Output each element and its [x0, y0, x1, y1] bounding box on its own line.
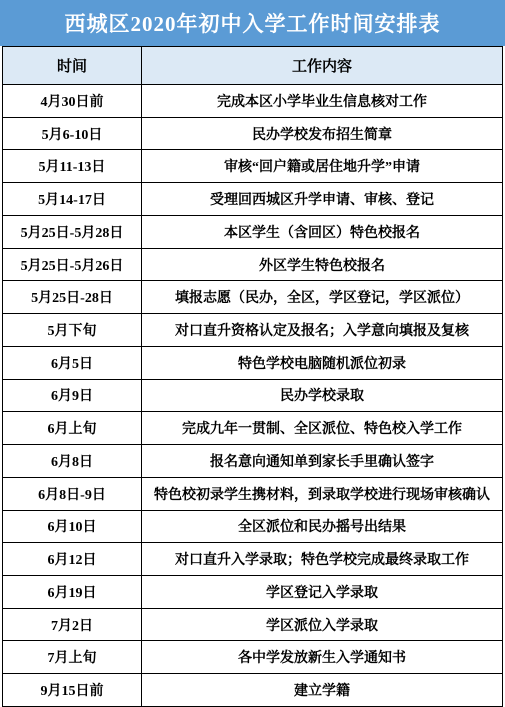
table-row: 6月10日全区派位和民办摇号出结果 — [3, 510, 503, 543]
table-row: 5月11-13日审核“回户籍或居住地升学”申请 — [3, 150, 503, 183]
time-cell: 6月8日 — [3, 445, 142, 478]
table-row: 7月上旬各中学发放新生入学通知书 — [3, 641, 503, 674]
table-row: 5月25日-28日填报志愿（民办，全区，学区登记，学区派位） — [3, 281, 503, 314]
table-row: 6月8日报名意向通知单到家长手里确认签字 — [3, 445, 503, 478]
time-cell: 5月14-17日 — [3, 183, 142, 216]
time-cell: 5月25日-28日 — [3, 281, 142, 314]
content-cell: 完成九年一贯制、全区派位、特色校入学工作 — [142, 412, 503, 445]
content-cell: 学区登记入学录取 — [142, 576, 503, 609]
content-cell: 学区派位入学录取 — [142, 608, 503, 641]
table-row: 6月8日-9日特色校初录学生携材料，到录取学校进行现场审核确认 — [3, 477, 503, 510]
time-cell: 4月30日前 — [3, 85, 142, 118]
schedule-table: 时间 工作内容 4月30日前完成本区小学毕业生信息核对工作5月6-10日民办学校… — [2, 46, 503, 707]
table-row: 5月14-17日受理回西城区升学申请、审核、登记 — [3, 183, 503, 216]
schedule-page: 西城区2020年初中入学工作时间安排表 时间 工作内容 4月30日前完成本区小学… — [0, 0, 505, 707]
content-cell: 建立学籍 — [142, 674, 503, 707]
content-cell: 报名意向通知单到家长手里确认签字 — [142, 445, 503, 478]
table-row: 4月30日前完成本区小学毕业生信息核对工作 — [3, 85, 503, 118]
time-cell: 5月25日-5月28日 — [3, 215, 142, 248]
column-header-content: 工作内容 — [142, 47, 503, 85]
table-row: 6月9日民办学校录取 — [3, 379, 503, 412]
content-cell: 对口直升入学录取；特色学校完成最终录取工作 — [142, 543, 503, 576]
time-cell: 6月19日 — [3, 576, 142, 609]
time-cell: 6月10日 — [3, 510, 142, 543]
content-cell: 特色学校电脑随机派位初录 — [142, 346, 503, 379]
time-cell: 5月25日-5月26日 — [3, 248, 142, 281]
content-cell: 填报志愿（民办，全区，学区登记，学区派位） — [142, 281, 503, 314]
content-cell: 民办学校录取 — [142, 379, 503, 412]
time-cell: 5月下旬 — [3, 314, 142, 347]
column-header-time: 时间 — [3, 47, 142, 85]
time-cell: 6月8日-9日 — [3, 477, 142, 510]
time-cell: 5月6-10日 — [3, 117, 142, 150]
table-row: 6月19日学区登记入学录取 — [3, 576, 503, 609]
content-cell: 对口直升资格认定及报名；入学意向填报及复核 — [142, 314, 503, 347]
time-cell: 7月上旬 — [3, 641, 142, 674]
schedule-table-body: 4月30日前完成本区小学毕业生信息核对工作5月6-10日民办学校发布招生简章5月… — [3, 85, 503, 707]
table-row: 5月25日-5月26日外区学生特色校报名 — [3, 248, 503, 281]
content-cell: 特色校初录学生携材料，到录取学校进行现场审核确认 — [142, 477, 503, 510]
time-cell: 6月9日 — [3, 379, 142, 412]
content-cell: 民办学校发布招生简章 — [142, 117, 503, 150]
content-cell: 各中学发放新生入学通知书 — [142, 641, 503, 674]
content-cell: 外区学生特色校报名 — [142, 248, 503, 281]
page-title: 西城区2020年初中入学工作时间安排表 — [0, 0, 505, 46]
table-row: 6月上旬完成九年一贯制、全区派位、特色校入学工作 — [3, 412, 503, 445]
table-row: 7月2日学区派位入学录取 — [3, 608, 503, 641]
time-cell: 6月5日 — [3, 346, 142, 379]
time-cell: 5月11-13日 — [3, 150, 142, 183]
table-row: 5月6-10日民办学校发布招生简章 — [3, 117, 503, 150]
content-cell: 本区学生（含回区）特色校报名 — [142, 215, 503, 248]
table-row: 5月25日-5月28日本区学生（含回区）特色校报名 — [3, 215, 503, 248]
table-row: 5月下旬对口直升资格认定及报名；入学意向填报及复核 — [3, 314, 503, 347]
table-header-row: 时间 工作内容 — [3, 47, 503, 85]
time-cell: 7月2日 — [3, 608, 142, 641]
content-cell: 受理回西城区升学申请、审核、登记 — [142, 183, 503, 216]
table-row: 6月12日对口直升入学录取；特色学校完成最终录取工作 — [3, 543, 503, 576]
table-row: 9月15日前建立学籍 — [3, 674, 503, 707]
table-row: 6月5日特色学校电脑随机派位初录 — [3, 346, 503, 379]
time-cell: 6月上旬 — [3, 412, 142, 445]
content-cell: 全区派位和民办摇号出结果 — [142, 510, 503, 543]
content-cell: 审核“回户籍或居住地升学”申请 — [142, 150, 503, 183]
time-cell: 9月15日前 — [3, 674, 142, 707]
content-cell: 完成本区小学毕业生信息核对工作 — [142, 85, 503, 118]
time-cell: 6月12日 — [3, 543, 142, 576]
